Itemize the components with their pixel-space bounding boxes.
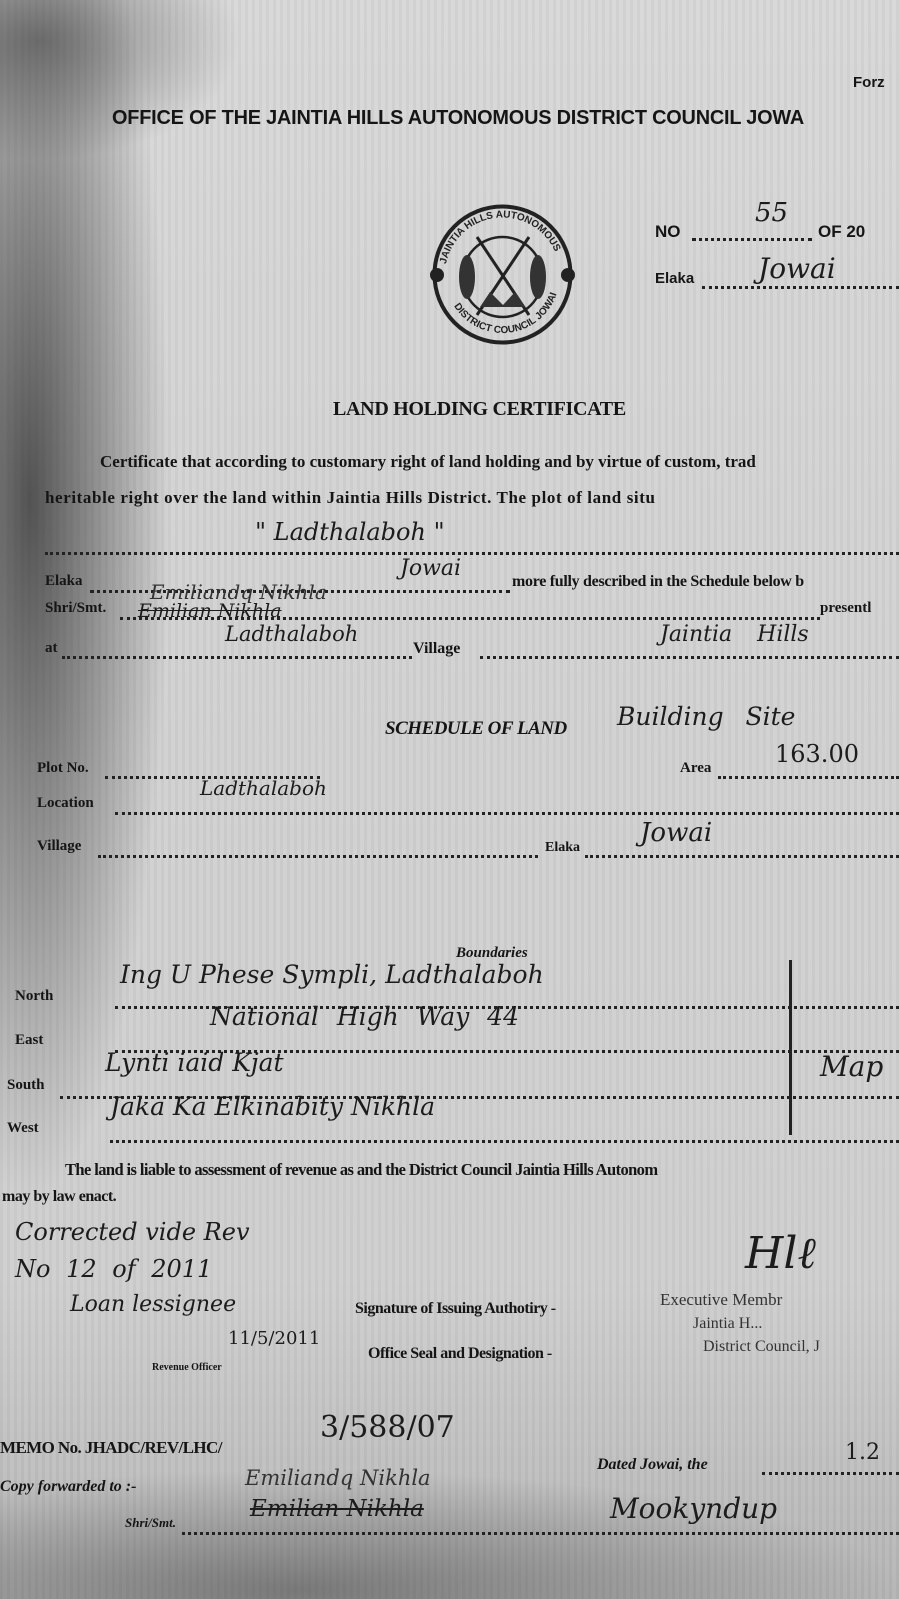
elaka-top-value: Jowai bbox=[758, 252, 836, 285]
boundary-west-value: Jaka Ka Elkinabity Nikhla bbox=[110, 1092, 435, 1121]
elaka-top-dotline bbox=[702, 286, 899, 289]
elaka-value: Jowai bbox=[400, 556, 461, 581]
form-label: Forz bbox=[853, 74, 885, 91]
holder-dotline bbox=[120, 617, 820, 620]
boundary-west-label: West bbox=[7, 1120, 39, 1137]
boundary-south-label: South bbox=[7, 1077, 45, 1094]
boundary-north-value: Ing U Phese Sympli, Ladthalaboh bbox=[120, 960, 544, 989]
residence-label: at bbox=[45, 640, 58, 657]
area-value: 163.00 bbox=[775, 740, 859, 768]
correction-note-line1: Corrected vide Rev bbox=[15, 1218, 250, 1246]
number-dotline bbox=[692, 238, 812, 241]
certificate-number: 55 bbox=[755, 198, 788, 228]
plot-location-dotline bbox=[45, 552, 899, 555]
office-header: OFFICE OF THE JAINTIA HILLS AUTONOMOUS D… bbox=[112, 106, 804, 130]
correction-date: 11/5/2011 bbox=[228, 1328, 320, 1349]
district-council-emblem-icon: JAINTIA HILLS AUTONOMOUS DISTRICT COUNCI… bbox=[425, 197, 580, 352]
correction-note-line3: Loan lessignee bbox=[70, 1292, 236, 1317]
schedule-title: SCHEDULE OF LAND bbox=[385, 718, 567, 740]
dated-dotline bbox=[762, 1472, 899, 1475]
dated-label: Dated Jowai, the bbox=[597, 1456, 708, 1474]
residence-value: Ladthalaboh bbox=[225, 622, 358, 646]
copy-recipient-label: Shri/Smt. bbox=[125, 1515, 176, 1531]
boundary-west-dotline bbox=[110, 1140, 899, 1143]
location-value: Ladthalaboh bbox=[200, 776, 327, 800]
elaka-top-label: Elaka bbox=[655, 270, 694, 287]
elaka-trailing-text: more fully described in the Schedule bel… bbox=[512, 573, 804, 591]
schedule-village-label: Village bbox=[37, 838, 81, 855]
schedule-elaka-value: Jowai bbox=[640, 818, 712, 848]
schedule-elaka-label: Elaka bbox=[545, 840, 580, 856]
signature-label: Signature of Issuing Authotiry - bbox=[355, 1300, 556, 1318]
seal-text-line1: Executive Membr bbox=[660, 1290, 782, 1310]
number-label: NO bbox=[655, 222, 681, 242]
boundary-east-value: National High Way 44 bbox=[210, 1002, 519, 1031]
village-label: Village bbox=[413, 640, 460, 658]
memo-label: MEMO No. JHADC/REV/LHC/ bbox=[0, 1438, 222, 1458]
certificate-text-line1: Certificate that according to customary … bbox=[100, 452, 756, 472]
certificate-title: LAND HOLDING CERTIFICATE bbox=[333, 398, 626, 421]
revenue-officer-label: Revenue Officer bbox=[152, 1362, 222, 1373]
copy-recipient-struck: Emilian Nikhla bbox=[250, 1496, 424, 1522]
copy-recipient-dotline bbox=[182, 1532, 899, 1535]
issuing-authority-signature: Hlℓ bbox=[745, 1228, 816, 1279]
plot-no-label: Plot No. bbox=[37, 760, 89, 777]
seal-text-line2: Jaintia H... bbox=[693, 1315, 762, 1333]
copy-recipient-place: Mookyndup bbox=[610, 1492, 777, 1525]
seal-text-line3: District Council, J bbox=[703, 1338, 820, 1356]
schedule-village-dotline bbox=[98, 855, 538, 858]
plot-location-value: " Ladthalaboh " bbox=[255, 518, 445, 546]
seal-label: Office Seal and Designation - bbox=[368, 1345, 552, 1363]
memo-number: 3/588/07 bbox=[320, 1410, 455, 1445]
boundaries-divider bbox=[789, 960, 792, 1135]
residence-dotline bbox=[62, 656, 412, 659]
village-dotline bbox=[480, 656, 899, 659]
correction-note-line2: No 12 of 2011 bbox=[15, 1255, 212, 1283]
location-dotline bbox=[115, 812, 899, 815]
copy-recipient-correction: Emiliandq Nikhla bbox=[245, 1466, 431, 1490]
copy-forwarded-label: Copy forwarded to :- bbox=[0, 1478, 136, 1496]
map-label: Map bbox=[820, 1050, 883, 1083]
liability-text-line2: may by law enact. bbox=[2, 1188, 116, 1206]
land-type-value: Building Site bbox=[617, 702, 795, 731]
area-label: Area bbox=[680, 760, 711, 777]
boundary-south-value: Lynti iaid Kjat bbox=[105, 1048, 284, 1077]
elaka-label: Elaka bbox=[45, 573, 83, 590]
dated-value: 1.2 bbox=[845, 1440, 880, 1465]
holder-label: Shri/Smt. bbox=[45, 600, 106, 617]
boundary-east-label: East bbox=[15, 1032, 43, 1049]
document-page: Forz OFFICE OF THE JAINTIA HILLS AUTONOM… bbox=[0, 0, 899, 1599]
liability-text-line1: The land is liable to assessment of reve… bbox=[65, 1160, 657, 1180]
schedule-elaka-dotline bbox=[585, 855, 899, 858]
certificate-text-line2: heritable right over the land within Jai… bbox=[45, 488, 656, 508]
area-dotline bbox=[718, 776, 899, 779]
village-value: Jaintia Hills bbox=[660, 622, 809, 647]
number-year-suffix: OF 20 bbox=[818, 222, 865, 242]
boundary-north-label: North bbox=[15, 988, 53, 1005]
holder-trailing-text: presentl bbox=[820, 600, 871, 617]
location-label: Location bbox=[37, 795, 94, 812]
